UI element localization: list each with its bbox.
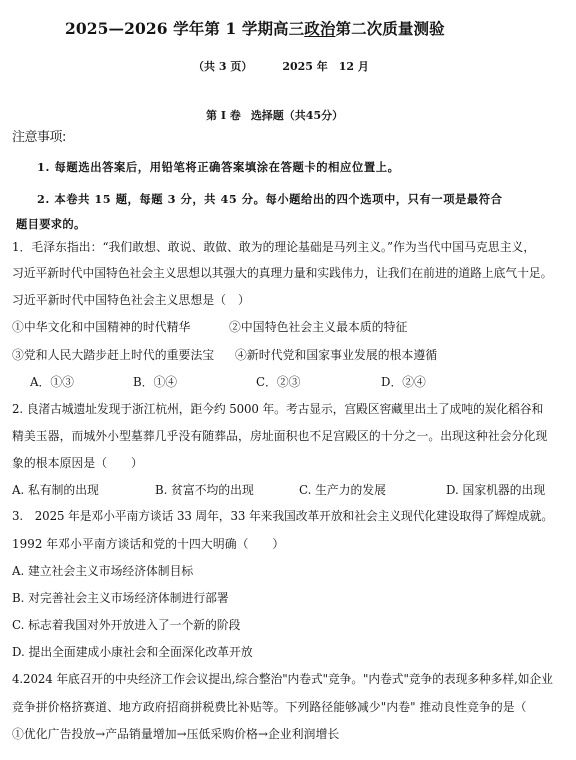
question-1-statement: ④新时代党和国家事业发展的根本遵循	[235, 350, 437, 362]
question-4-line: 竞争拼价格挤赛道、地方政府招商拼税费比补贴等。下列路径能够减少"内卷" 推动良性…	[12, 702, 527, 714]
question-1-option-a[interactable]: A．①③	[30, 377, 74, 389]
question-2-line: 精美玉器，而城外小型墓葬几乎没有随葬品，房址面积也不足宫殿区的十分之一。出现这种…	[12, 431, 547, 443]
question-3-line: 1992 年邓小平南方谈话和党的十四大明确（ ）	[12, 539, 284, 551]
question-1-option-b[interactable]: B．①④	[133, 377, 177, 389]
question-1-statement: ①中华文化和中国精神的时代精华	[12, 322, 190, 334]
question-3-option-c[interactable]: C. 标志着我国对外开放进入了一个新的阶段	[12, 620, 240, 632]
question-2-line: 象的根本原因是（ ）	[12, 458, 143, 470]
section-type: 选择题（共45分）	[251, 109, 343, 122]
exam-subtitle: （共 3 页）2025 年 12 月	[193, 61, 369, 72]
question-3-option-a[interactable]: A. 建立社会主义市场经济体制目标	[12, 566, 193, 578]
question-3-option-b[interactable]: B. 对完善社会主义市场经济体制进行部署	[12, 593, 229, 605]
question-3-line: 3. 2025 年是邓小平南方谈话 33 周年，33 年来我国改革开放和社会主义…	[12, 511, 553, 523]
section-heading: 第 Ⅰ 卷选择题（共45分）	[206, 110, 343, 121]
question-2-option-c[interactable]: C. 生产力的发展	[299, 485, 386, 497]
question-1-option-c[interactable]: C．②③	[256, 377, 300, 389]
exam-date: 2025 年 12 月	[282, 60, 369, 73]
question-2-option-a[interactable]: A. 私有制的出现	[12, 485, 99, 497]
question-2-line: 2. 良渚古城遗址发现于浙江杭州，距今约 5000 年。考古显示，宫殿区窖藏里出…	[12, 404, 543, 416]
question-1-line: 习近平新时代中国特色社会主义思想以其强大的真理力量和实践伟力，让我们在前进的道路…	[12, 268, 552, 280]
question-2-option-d[interactable]: D. 国家机器的出现	[446, 485, 545, 497]
question-1-line: 1．毛泽东指出：“我们敢想、敢说、敢做、敢为的理论基础是马列主义。”作为当代中国…	[12, 242, 535, 254]
notice-item: 1. 每题选出答案后，用铅笔将正确答案填涂在答题卡的相应位置上。	[37, 162, 400, 173]
question-4-line: 4.2024 年底召开的中央经济工作会议提出,综合整治"内卷式"竞争。"内卷式"…	[12, 674, 553, 686]
question-1-statement: ③党和人民大踏步赶上时代的重要法宝	[12, 350, 214, 362]
exam-title: 2025—2026 学年第 1 学期高三政治第二次质量测验	[65, 21, 445, 37]
notice-heading: 注意事项:	[12, 131, 66, 144]
question-1-statement: ②中国特色社会主义最本质的特征	[229, 322, 407, 334]
question-4-statement: ①优化广告投放→产品销量增加→压低采购价格→企业利润增长	[12, 729, 339, 741]
question-3-option-d[interactable]: D. 提出全面建成小康社会和全面深化改革开放	[12, 647, 253, 659]
page-count: （共 3 页）	[193, 60, 252, 73]
question-2-option-b[interactable]: B. 贫富不均的出现	[155, 485, 254, 497]
question-1-option-d[interactable]: D．②④	[381, 377, 426, 389]
question-1-line: 习近平新时代中国特色社会主义思想是（ ）	[12, 295, 250, 307]
notice-item: 题目要求的。	[16, 219, 86, 230]
title-prefix: 2025—2026 学年第 1 学期高三	[65, 19, 304, 38]
section-number: 第 Ⅰ 卷	[206, 109, 241, 122]
title-subject: 政治	[304, 19, 335, 38]
notice-item: 2. 本卷共 15 题，每题 3 分，共 45 分。每小题给出的四个选项中，只有…	[37, 194, 502, 205]
title-suffix: 第二次质量测验	[335, 19, 444, 38]
